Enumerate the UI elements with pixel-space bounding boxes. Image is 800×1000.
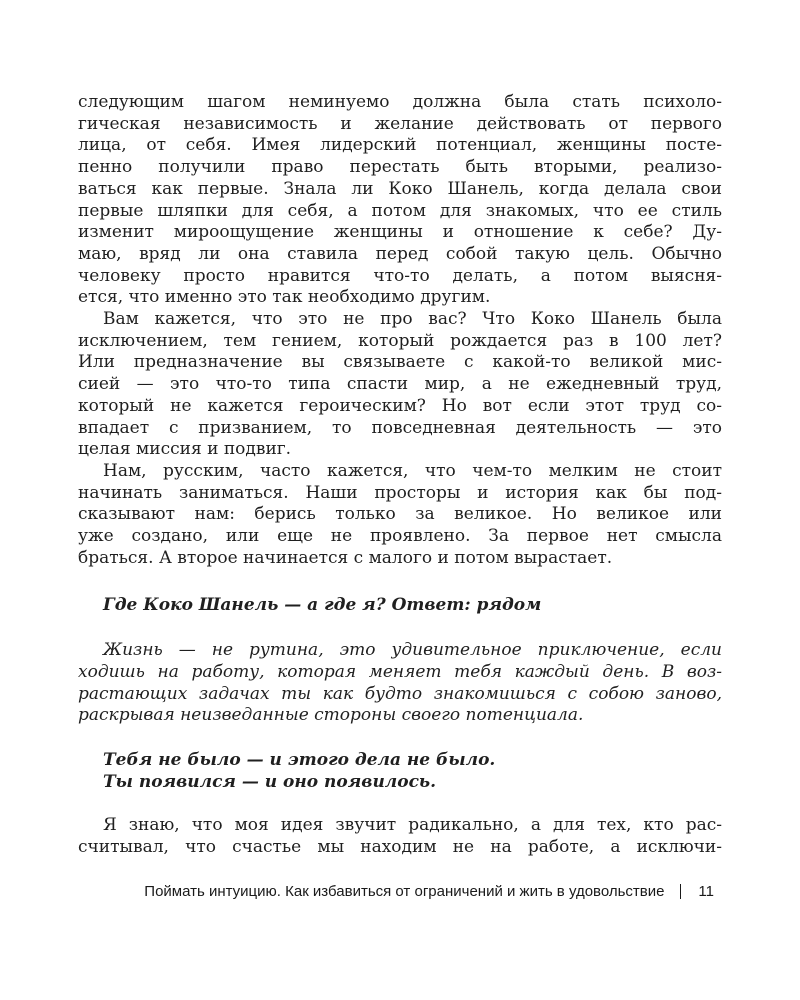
page-footer: Поймать интуицию. Как избавиться от огра…: [78, 883, 714, 900]
text-line: Тебя не было — и этого дела не было.: [78, 750, 722, 772]
text-line: Нам, русским, часто кажется, что чем-то …: [78, 461, 722, 483]
text-line: считывал, что счастье мы находим не на р…: [78, 837, 722, 859]
text-line: Жизнь — не рутина, это удивительное прик…: [78, 640, 722, 662]
text-block: следующим шагом неминуемо должна была ст…: [78, 92, 722, 859]
paragraph: Я знаю, что моя идея звучит радикально, …: [78, 815, 722, 858]
text-line: первые шляпки для себя, а потом для знак…: [78, 201, 722, 223]
running-title: Поймать интуицию. Как избавиться от огра…: [144, 883, 664, 900]
text-line: ется, что именно это так необходимо друг…: [78, 287, 722, 309]
text-line: растающих задачах ты как будто знакомишь…: [78, 684, 722, 706]
text-line: сказывают нам: берись только за великое.…: [78, 504, 722, 526]
text-line: следующим шагом неминуемо должна была ст…: [78, 92, 722, 114]
text-line: гическая независимость и желание действо…: [78, 114, 722, 136]
text-line: который не кажется героическим? Но вот е…: [78, 396, 722, 418]
text-line: ваться как первые. Знала ли Коко Шанель,…: [78, 179, 722, 201]
page-number: 11: [696, 883, 714, 900]
paragraph: следующим шагом неминуемо должна была ст…: [78, 92, 722, 309]
text-line: целая миссия и подвиг.: [78, 439, 722, 461]
text-line: впадает с призванием, то повседневная де…: [78, 418, 722, 440]
text-line: Вам кажется, что это не про вас? Что Кок…: [78, 309, 722, 331]
text-line: Ты появился — и оно появилось.: [78, 772, 722, 794]
paragraph: Нам, русским, часто кажется, что чем-то …: [78, 461, 722, 570]
text-line: изменит мироощущение женщины и отношение…: [78, 222, 722, 244]
text-line: человеку просто нравится что-то делать, …: [78, 266, 722, 288]
section-heading: Где Коко Шанель — а где я? Ответ: рядом: [78, 595, 722, 617]
text-line: уже создано, или еще не проявлено. За пе…: [78, 526, 722, 548]
text-line: сией — это что-то типа спасти мир, а не …: [78, 374, 722, 396]
text-line: Я знаю, что моя идея звучит радикально, …: [78, 815, 722, 837]
text-line: раскрывая неизведанные стороны своего по…: [78, 705, 722, 727]
paragraph: Жизнь — не рутина, это удивительное прик…: [78, 640, 722, 727]
book-page: следующим шагом неминуемо должна была ст…: [0, 0, 800, 1000]
text-line: Или предназначение вы связываете с какой…: [78, 352, 722, 374]
paragraph: Вам кажется, что это не про вас? Что Кок…: [78, 309, 722, 461]
text-line: браться. А второе начинается с малого и …: [78, 548, 722, 570]
text-line: ходишь на работу, которая меняет тебя ка…: [78, 662, 722, 684]
text-line: начинать заниматься. Наши просторы и ист…: [78, 483, 722, 505]
text-line: пенно получили право перестать быть втор…: [78, 157, 722, 179]
text-line: исключением, тем гением, который рождает…: [78, 331, 722, 353]
text-line: лица, от себя. Имея лидерский потенциал,…: [78, 135, 722, 157]
text-line: маю, вряд ли она ставила перед собой так…: [78, 244, 722, 266]
paragraph: Тебя не было — и этого дела не было.Ты п…: [78, 750, 722, 793]
footer-divider: [680, 884, 682, 899]
